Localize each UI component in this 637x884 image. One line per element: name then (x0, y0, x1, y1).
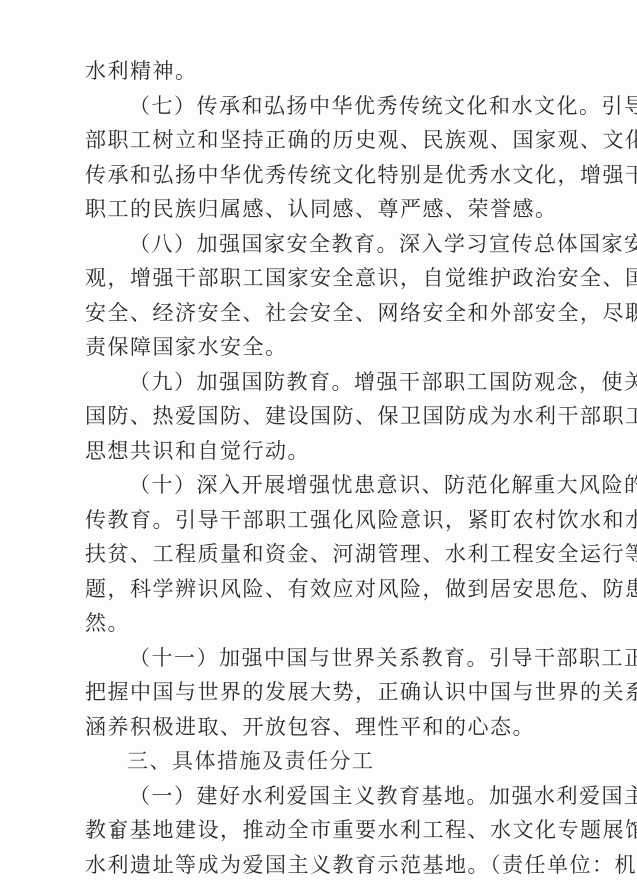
text-line: 部职工树立和坚持正确的历史观、民族观、国家观、文化观， (85, 123, 537, 158)
paragraph-9-start: （九）加强国防教育。增强干部职工国防观念，使关心 (85, 365, 537, 400)
text-line: 安全、经济安全、社会安全、网络安全和外部安全，尽职履 (85, 296, 537, 331)
text-line: 扶贫、工程质量和资金、河湖管理、水利工程安全运行等问 (85, 537, 537, 572)
text-line: 把握中国与世界的发展大势，正确认识中国与世界的关系， (85, 675, 537, 710)
paragraph-7-start: （七）传承和弘扬中华优秀传统文化和水文化。引导干 (85, 89, 537, 124)
text-line: 思想共识和自觉行动。 (85, 434, 537, 469)
text-line: 涵养积极进取、开放包容、理性平和的心态。 (85, 710, 537, 745)
text-line: 责保障国家水安全。 (85, 330, 537, 365)
section-heading: 三、具体措施及责任分工 (85, 744, 537, 779)
page-number: - 4 - (88, 824, 149, 843)
paragraph-11-start: （十一）加强中国与世界关系教育。引导干部职工正确 (85, 641, 537, 676)
paragraph-section3-1-start: （一）建好水利爱国主义教育基地。加强水利爱国主义 (85, 779, 537, 814)
text-line: 然。 (85, 606, 537, 641)
text-line: 传教育。引导干部职工强化风险意识，紧盯农村饮水和水利 (85, 503, 537, 538)
text-line: 观，增强干部职工国家安全意识，自觉维护政治安全、国土 (85, 261, 537, 296)
paragraph-10-start: （十）深入开展增强忧患意识、防范化解重大风险的宣 (85, 468, 537, 503)
text-line: 教育基地建设，推动全市重要水利工程、水文化专题展馆、 (85, 813, 537, 848)
text-line: 职工的民族归属感、认同感、尊严感、荣誉感。 (85, 192, 537, 227)
text-line: 传承和弘扬中华优秀传统文化特别是优秀水文化，增强干部 (85, 158, 537, 193)
text-line: 题，科学辨识风险、有效应对风险，做到居安思危、防患未 (85, 572, 537, 607)
text-line: 水利遗址等成为爱国主义教育示范基地。（责任单位：机关党 (85, 848, 537, 883)
text-line: 水利精神。 (85, 54, 537, 89)
document-page: 水利精神。 （七）传承和弘扬中华优秀传统文化和水文化。引导干 部职工树立和坚持正… (0, 0, 637, 884)
paragraph-8-start: （八）加强国家安全教育。深入学习宣传总体国家安全 (85, 227, 537, 262)
document-body: 水利精神。 （七）传承和弘扬中华优秀传统文化和水文化。引导干 部职工树立和坚持正… (85, 54, 537, 882)
text-line: 国防、热爱国防、建设国防、保卫国防成为水利干部职工的 (85, 399, 537, 434)
